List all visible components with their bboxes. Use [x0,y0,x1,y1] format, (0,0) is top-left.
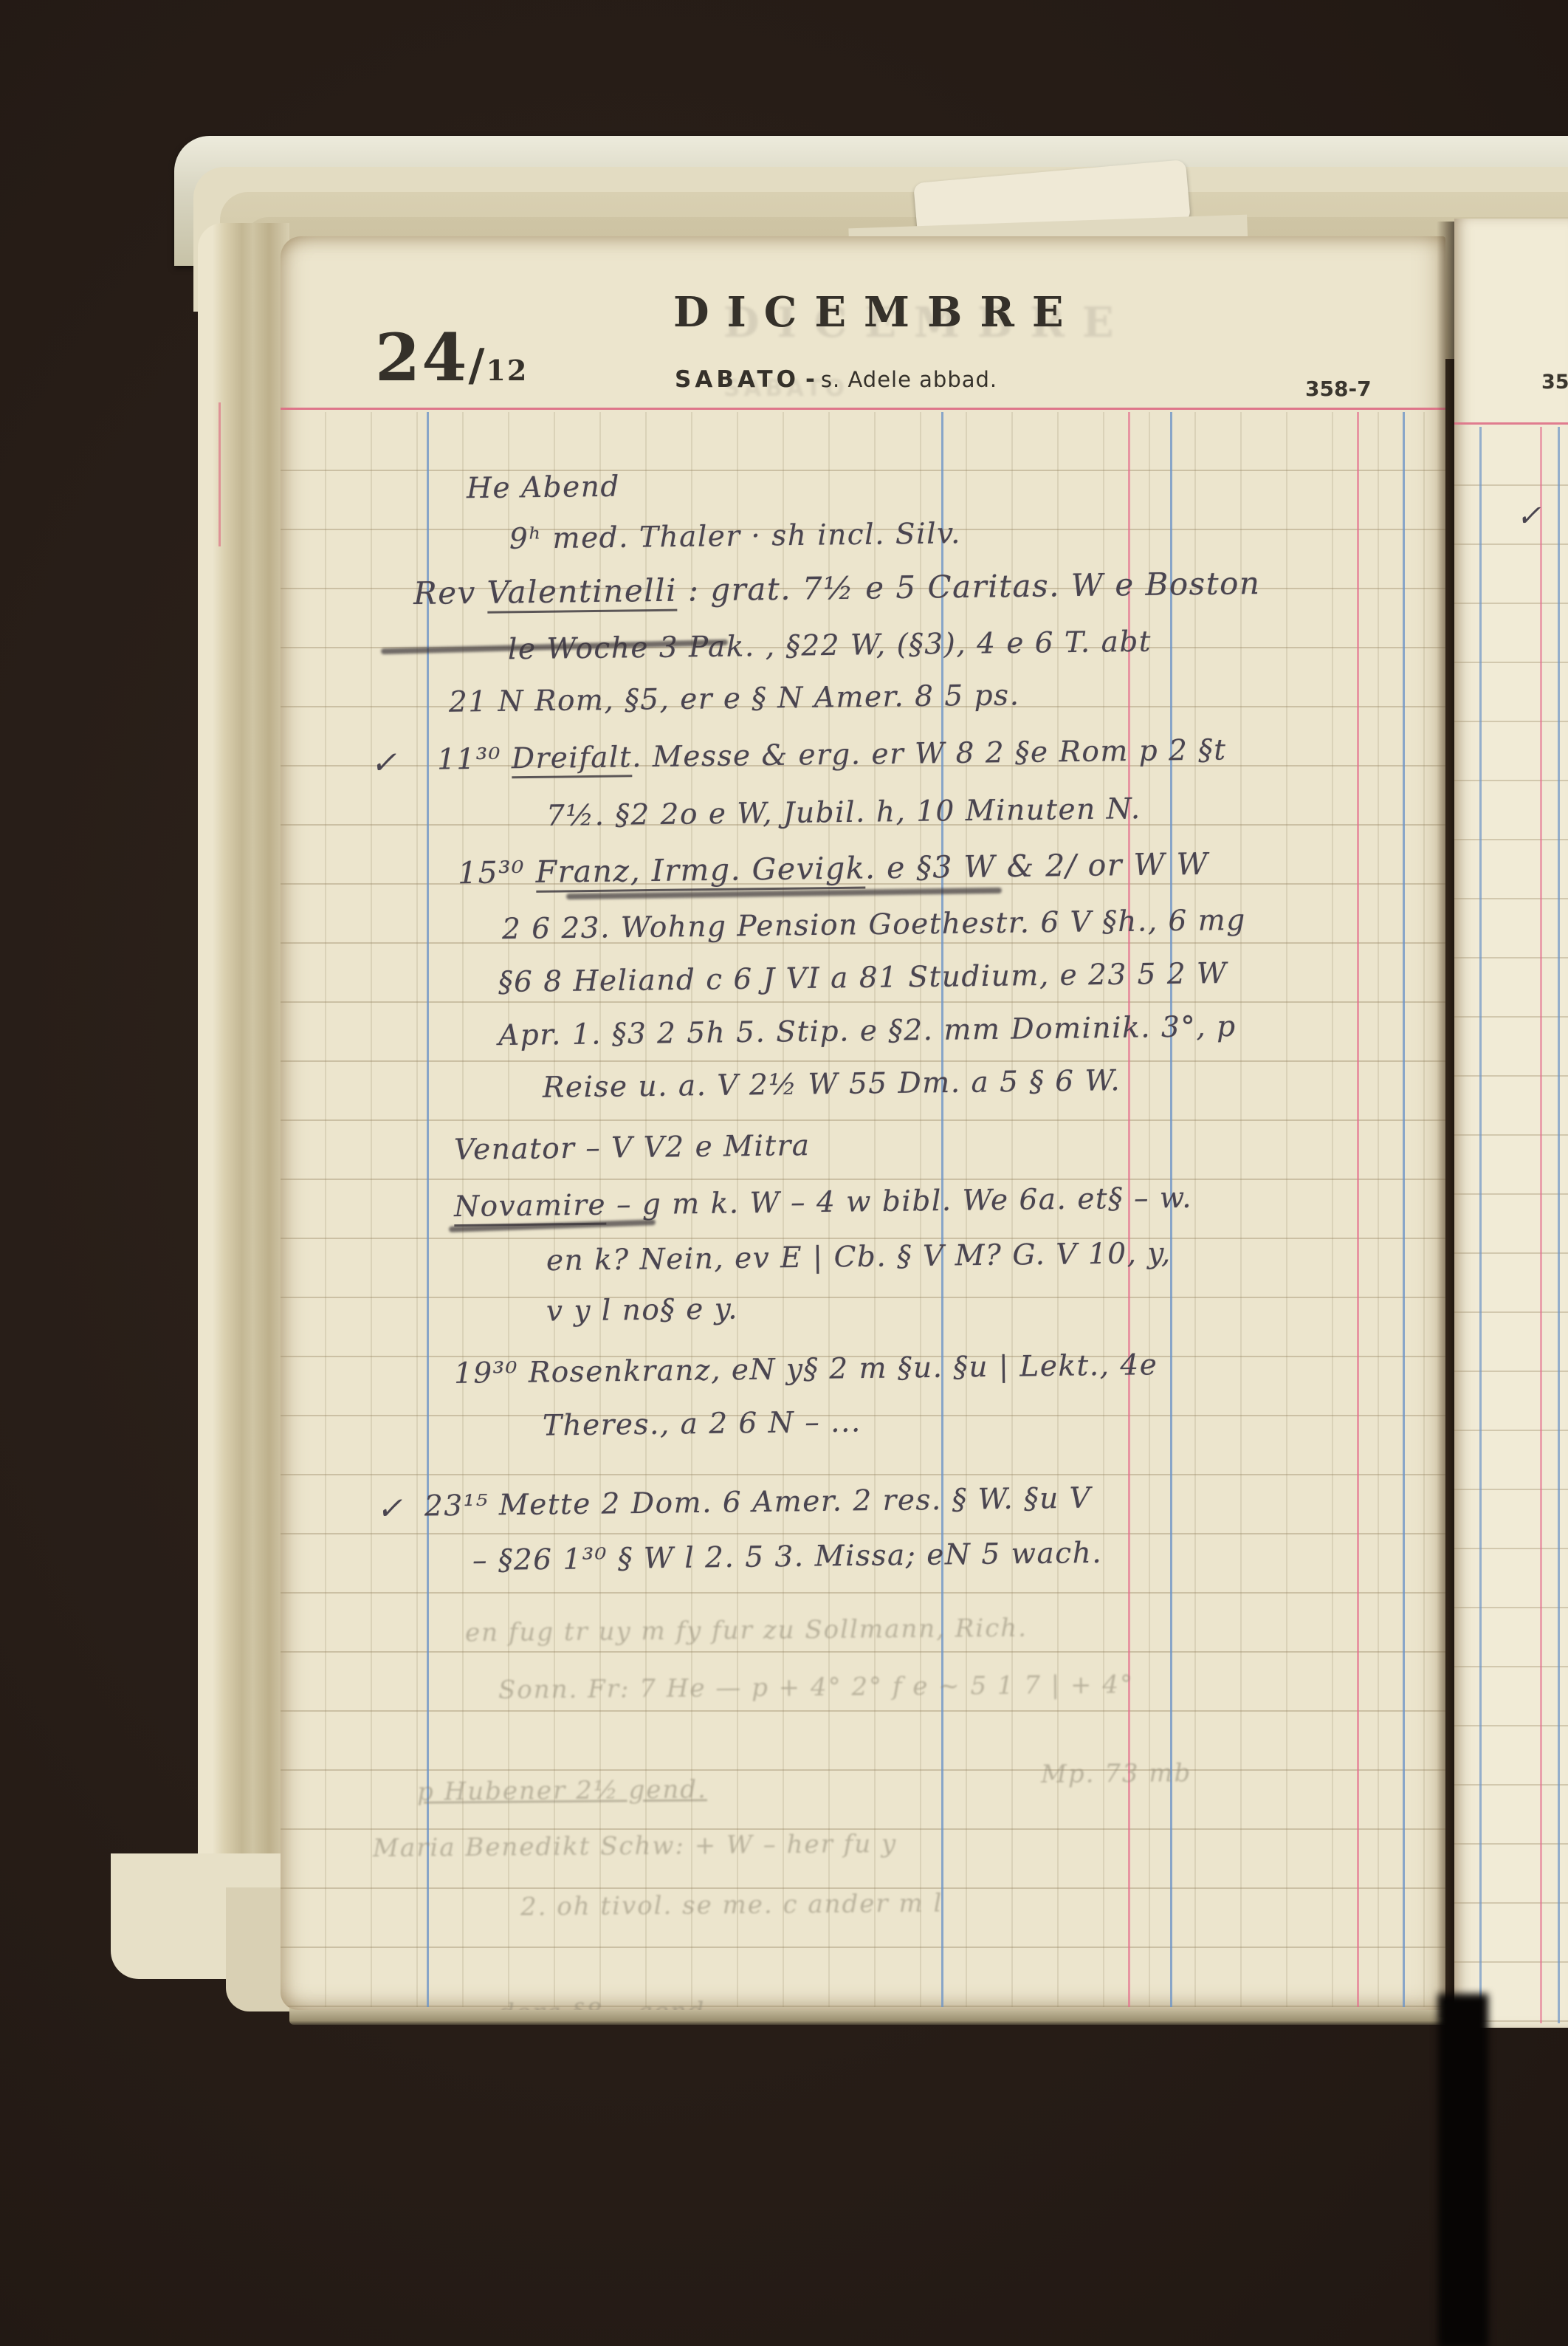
diary-entry: 9ʰ med. Thaler · sh incl. Silv. [509,517,961,555]
under-page-red-line [219,402,221,546]
entry-text: Venator – V V2 e Mitra [454,1129,811,1167]
saint-of-day: s. Adele abbad. [821,367,997,392]
entry-text: . e §3 W & 2/ or W W [865,846,1209,886]
entry-text: He Abend [467,470,620,506]
checkmark: ✓ [1516,499,1541,533]
day-slash: / [468,340,486,391]
ruled-line-red [1357,412,1359,2007]
next-day-counter: 359 [1541,371,1568,394]
day-number: 24/12 [375,319,528,396]
diary-scan: 24/12 DICEMBRE DICEMBRE SABATO SABATO-s.… [0,0,1568,2346]
entry-text: Theres., a 2 6 N – ... [543,1405,862,1442]
faded-pencil-line: 2. oh tivol. se me. c ander m l [520,1889,943,1922]
entry-text: 21 N Rom, §5, er e § N Amer. 8 5 ps. [449,679,1020,718]
fore-edge-page-stack [198,223,289,1975]
month-title: DICEMBRE [673,288,1082,337]
checkmark: ✓ [371,744,396,781]
entry-text: Reise u. a. V 2½ W 55 Dm. a 5 § 6 W. [543,1064,1121,1105]
entry-text: v y l no§ e y. [546,1292,738,1328]
month-number: 12 [486,354,528,387]
faded-pencil-line: Mp. 73 mb [1041,1758,1192,1789]
ruled-line-blue [1558,427,1560,2023]
checkmark: ✓ [376,1490,402,1526]
faded-pencil-line: Sonn. Fr: 7 He — p + 4° 2° f e ~ 5 1 7 |… [498,1670,1134,1705]
ruled-line-blue [1479,427,1482,2023]
diary-entry: v y l no§ e y. [546,1292,738,1328]
diary-entry: Venator – V V2 e Mitra [454,1129,811,1167]
faded-pencil-line: Maria Benedikt Schw: + W – her fu y [373,1829,897,1863]
page-gutter-shadow [1437,222,1456,2017]
entry-underlined-text: Franz, Irmg. Gevigk [535,850,865,892]
faded-pencil-line: dora §8 – gend. [498,1997,715,2010]
diary-entry: 21 N Rom, §5, er e § N Amer. 8 5 ps. [449,679,1020,718]
faded-pencil-line: en fug tr uy m fy fur zu Sollmann, Rich. [465,1613,1028,1648]
entry-text: Rev [413,575,487,611]
day-value: 24 [375,319,468,396]
weekday-label: SABATO [675,366,800,393]
entry-text: 9ʰ med. Thaler · sh incl. Silv. [509,517,961,555]
ruled-grid [1454,427,1568,2023]
header-pink-rule [281,408,1445,410]
header-pink-rule [1454,422,1568,425]
diary-entry: Reise u. a. V 2½ W 55 Dm. a 5 § 6 W. [543,1064,1121,1105]
diary-entry: Theres., a 2 6 N – ... [543,1405,862,1442]
diary-page-right: 359 ✓ [1454,219,1568,2028]
entry-text: 15³⁰ [458,854,536,891]
gutter-drop-shadow [1438,1994,1488,2346]
day-counter: 358-7 [1305,377,1372,401]
diary-page-left: 24/12 DICEMBRE DICEMBRE SABATO SABATO-s.… [281,236,1445,2010]
entry-text: 11³⁰ [437,742,512,776]
diary-entry: He Abend [467,470,620,506]
entry-underlined-text: Valentinelli [486,572,677,614]
faded-pencil-line: p Hubener 2½ gend. [417,1774,707,1806]
weekday-row: SABATO-s. Adele abbad. [675,366,997,393]
weekday-separator: - [800,366,821,393]
ruled-line-red [1540,427,1542,2023]
ruled-line-blue [1403,412,1405,2007]
entry-underlined-text: Dreifalt [512,741,633,778]
entry-text: : grat. 7½ e 5 Caritas. W e Boston [677,565,1261,608]
entry-underlined-text: Novamire [454,1189,607,1227]
